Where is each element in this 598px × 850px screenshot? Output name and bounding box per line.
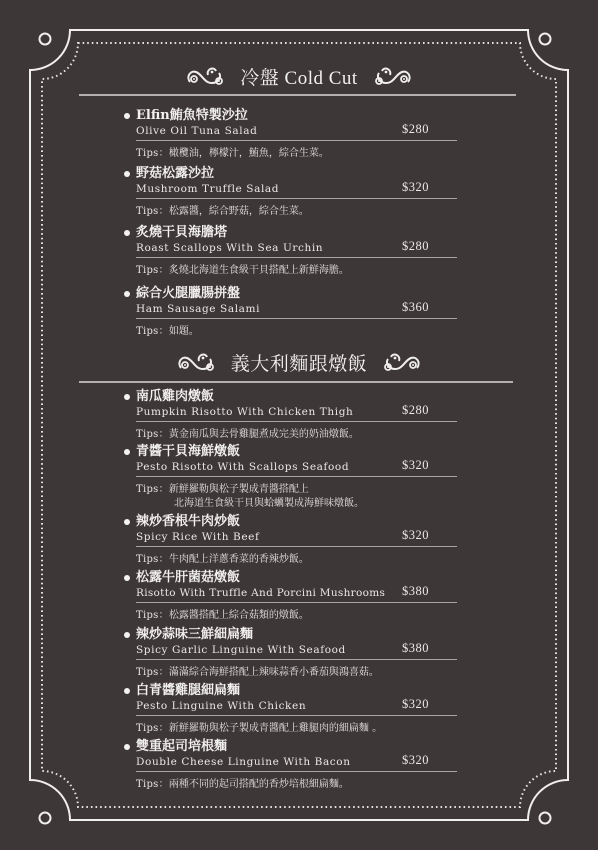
item-tips: Tips：松露醬，綜合野菇，綜合生菜。: [136, 205, 462, 219]
item-english-name: Double Cheese Linguine With Bacon: [136, 756, 351, 768]
swirl-ornament-left-icon: [173, 349, 217, 375]
section-title: 冷盤 Cold Cut: [240, 63, 357, 90]
item-tips: Tips：橄欖油，檸檬汁，鮪魚，綜合生菜。: [136, 147, 462, 161]
menu-item: 辣炒蒜味三鮮細扁麵 Spicy Garlic Linguine With Sea…: [122, 627, 462, 680]
item-price: $380: [402, 641, 429, 656]
item-tips: Tips：滿滿綜合海鮮搭配上辣味蒜香小番茄與鴻喜菇。: [136, 666, 462, 680]
item-tips: Tips：牛肉配上洋蔥香菜的香辣炒飯。: [136, 553, 462, 567]
item-name: 辣炒蒜味三鮮細扁麵: [136, 627, 253, 642]
item-english-name: Pesto Risotto With Scallops Seafood: [136, 461, 349, 473]
item-name: 白青醬雞腿細扁麵: [136, 683, 240, 698]
item-english-name: Spicy Garlic Linguine With Seafood: [136, 644, 346, 656]
menu-item: 綜合火腿臘腸拼盤 Ham Sausage Salami$360 Tips：如題。: [122, 286, 462, 339]
item-english-name: Olive Oil Tuna Salad: [136, 125, 257, 137]
item-name: 松露牛肝菌菇燉飯: [136, 570, 240, 585]
bullet-icon: [124, 449, 130, 455]
item-price: $280: [402, 122, 429, 137]
item-english-name: Roast Scallops With Sea Urchin: [136, 242, 323, 254]
item-name: 綜合火腿臘腸拼盤: [136, 286, 240, 301]
bullet-icon: [124, 632, 130, 638]
item-price: $320: [402, 458, 429, 473]
item-tips: Tips：如題。: [136, 325, 462, 339]
item-name: 野菇松露沙拉: [136, 166, 214, 181]
item-english-name: Risotto With Truffle And Porcini Mushroo…: [136, 587, 385, 599]
section-divider: [79, 94, 516, 96]
item-english-name: Ham Sausage Salami: [136, 303, 260, 315]
item-name: 雙重起司培根麵: [136, 739, 227, 754]
item-name: 南瓜雞肉燉飯: [136, 389, 214, 404]
bullet-icon: [124, 171, 130, 177]
swirl-ornament-right-icon: [372, 63, 416, 89]
menu-item: 雙重起司培根麵 Double Cheese Linguine With Baco…: [122, 739, 462, 792]
bullet-icon: [124, 519, 130, 525]
item-english-name: Pesto Linguine With Chicken: [136, 700, 306, 712]
bullet-icon: [124, 291, 130, 297]
menu-item: Elfin鮪魚特製沙拉 Olive Oil Tuna Salad$280 Tip…: [122, 108, 462, 161]
item-price: $320: [402, 697, 429, 712]
bullet-icon: [124, 688, 130, 694]
item-name: 辣炒香根牛肉炒飯: [136, 514, 240, 529]
menu-item: 辣炒香根牛肉炒飯 Spicy Rice With Beef$320 Tips：牛…: [122, 514, 462, 567]
bullet-icon: [124, 230, 130, 236]
menu-item: 松露牛肝菌菇燉飯 Risotto With Truffle And Porcin…: [122, 570, 462, 623]
item-english-name: Spicy Rice With Beef: [136, 531, 259, 543]
item-tips: Tips：新鮮羅勒與松子製成青醬搭配上北海道生食級干貝與蛤蠣製成海鮮味燉飯。: [136, 483, 462, 511]
item-price: $380: [402, 584, 429, 599]
swirl-ornament-left-icon: [182, 63, 226, 89]
bullet-icon: [124, 394, 130, 400]
menu-item: 南瓜雞肉燉飯 Pumpkin Risotto With Chicken Thig…: [122, 389, 462, 442]
section-header-cold-cut: 冷盤 Cold Cut: [0, 61, 598, 91]
menu-item: 野菇松露沙拉 Mushroom Truffle Salad$320 Tips：松…: [122, 166, 462, 219]
item-tips: Tips：黃金南瓜與去骨雞腿煮成完美的奶油燉飯。: [136, 428, 462, 442]
menu-item: 炙燒干貝海膽塔 Roast Scallops With Sea Urchin$2…: [122, 225, 462, 278]
item-english-name: Mushroom Truffle Salad: [136, 183, 279, 195]
item-name: 炙燒干貝海膽塔: [136, 225, 227, 240]
menu-item: 白青醬雞腿細扁麵 Pesto Linguine With Chicken$320…: [122, 683, 462, 736]
item-price: $280: [402, 403, 429, 418]
item-price: $360: [402, 300, 429, 315]
item-tips: Tips：炙燒北海道生食級干貝搭配上新鮮海膽。: [136, 264, 462, 278]
item-tips: Tips：新鮮羅勒與松子製成青醬配上雞腿肉的細扁麵 。: [136, 722, 462, 736]
item-name: 青醬干貝海鮮燉飯: [136, 444, 240, 459]
item-price: $320: [402, 753, 429, 768]
bullet-icon: [124, 575, 130, 581]
item-tips: Tips：兩種不同的起司搭配的香炒培根細扁麵。: [136, 778, 462, 792]
item-tips: Tips：松露醬搭配上綜合菇類的燉飯。: [136, 609, 462, 623]
section-divider: [79, 381, 513, 383]
menu-item: 青醬干貝海鮮燉飯 Pesto Risotto With Scallops Sea…: [122, 444, 462, 511]
item-price: $280: [402, 239, 429, 254]
item-price: $320: [402, 528, 429, 543]
section-title: 義大利麵跟燉飯: [231, 349, 368, 376]
bullet-icon: [124, 113, 130, 119]
item-name: Elfin鮪魚特製沙拉: [136, 108, 248, 123]
item-price: $320: [402, 180, 429, 195]
item-english-name: Pumpkin Risotto With Chicken Thigh: [136, 406, 353, 418]
section-header-pasta-risotto: 義大利麵跟燉飯: [0, 347, 598, 377]
bullet-icon: [124, 744, 130, 750]
swirl-ornament-right-icon: [381, 349, 425, 375]
